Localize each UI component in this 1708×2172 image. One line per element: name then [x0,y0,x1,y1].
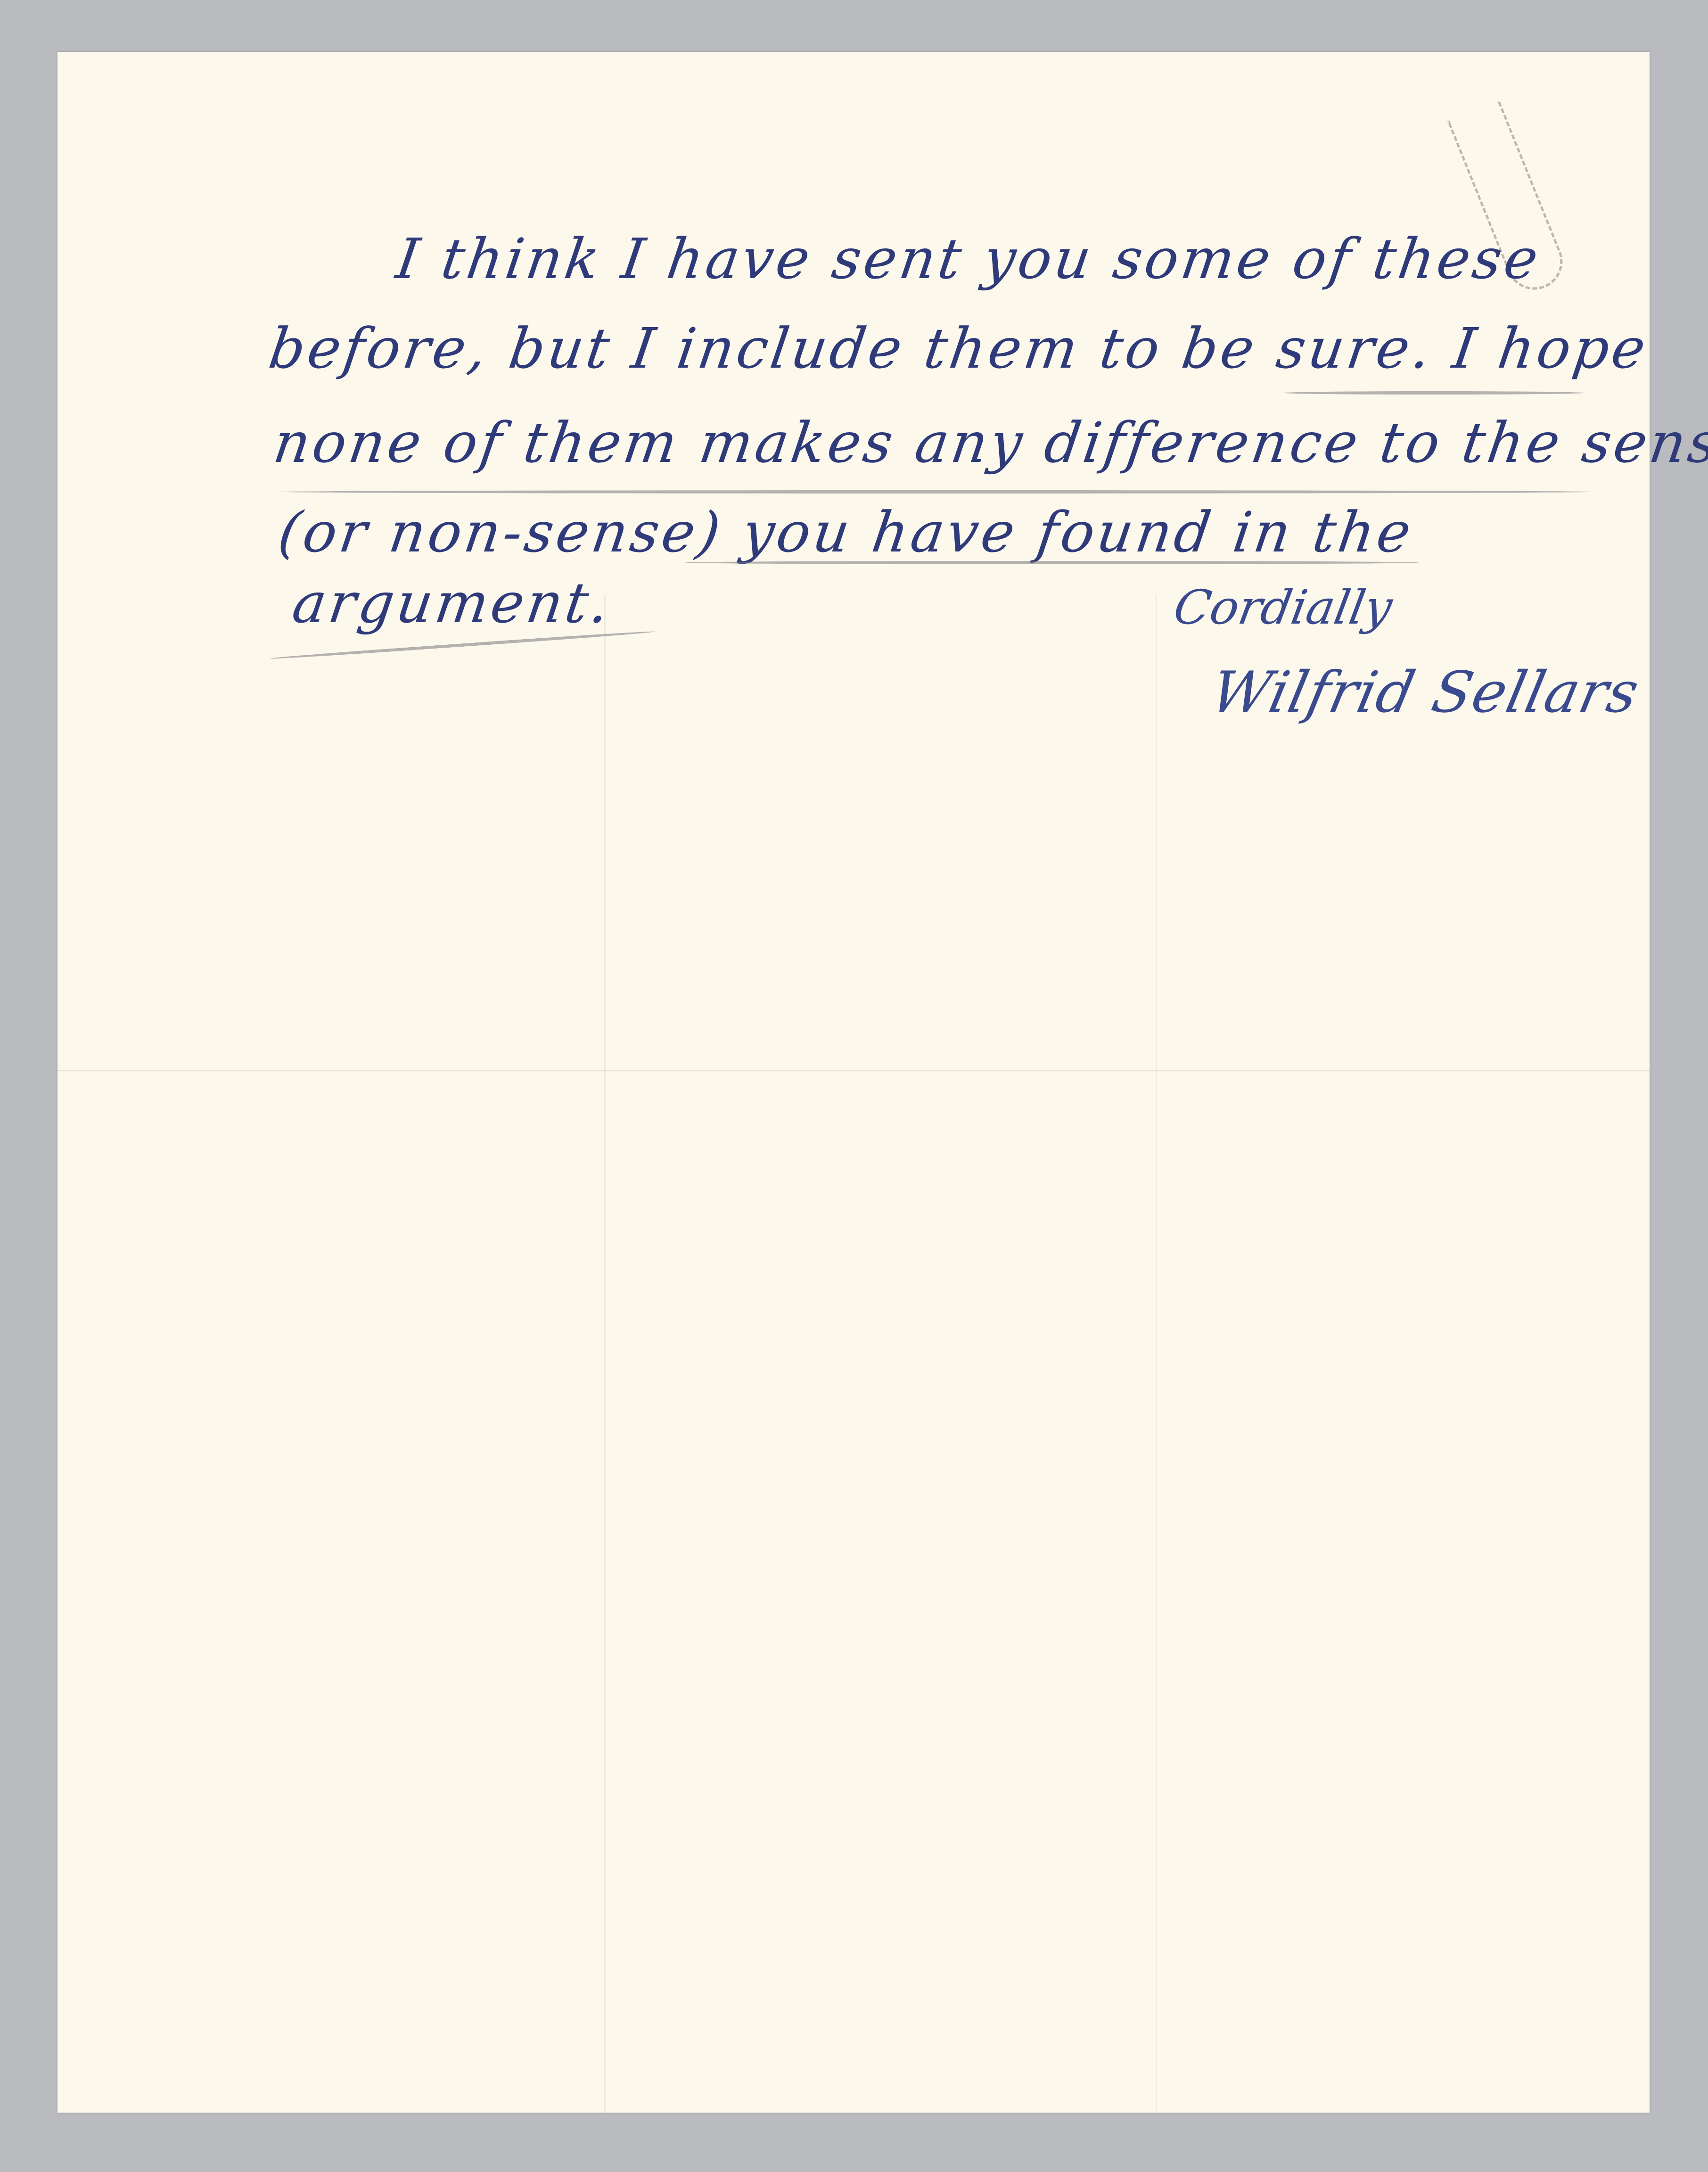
paper-fold-vertical [1156,594,1157,2113]
letter-line-4: (or non-sense) you have found in the [274,500,1417,565]
pencil-underline [1283,391,1585,395]
letter-line-3: none of them makes any difference to the… [270,410,1708,475]
letter-line-1: I think I have sent you some of these [392,226,1544,291]
closing: Cordially [1170,580,1396,635]
paper-fold-horizontal [57,1070,1650,1071]
paper-fold-vertical [604,594,606,2113]
signature: Wilfrid Sellars [1205,660,1645,725]
pencil-underline [279,490,1594,494]
letter-page: I think I have sent you some of these be… [57,52,1650,2113]
letter-line-5: argument. [288,570,616,635]
pencil-underline [684,561,1420,564]
letter-line-2: before, but I include them to be sure. I… [265,316,1652,381]
